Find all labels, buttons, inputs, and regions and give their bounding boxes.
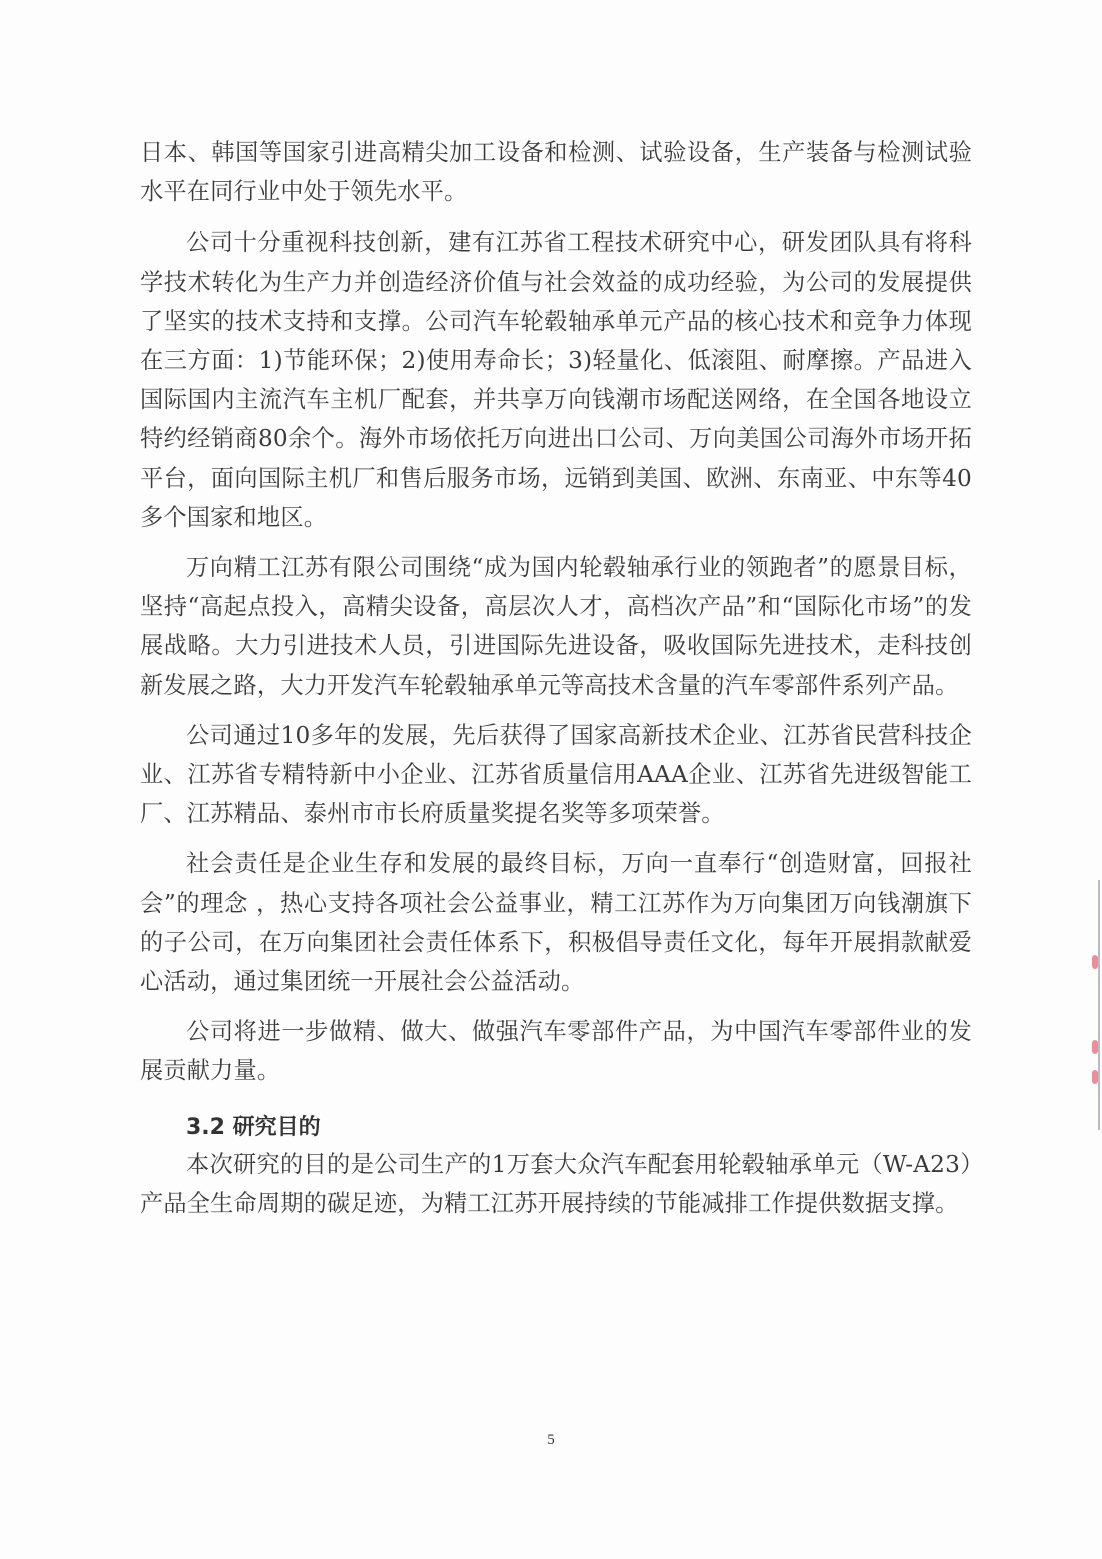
binding-edge-line: [1098, 880, 1100, 1130]
seal-mark: [1092, 1040, 1098, 1054]
paragraph-outlook: 公司将进一步做精、做大、做强汽车零部件产品，为中国汽车零部件业的发展贡献力量。: [140, 1012, 972, 1090]
paragraph-honors: 公司通过10多年的发展，先后获得了国家高新技术企业、江苏省民营科技企业、江苏省专…: [140, 716, 972, 834]
document-page: 日本、韩国等国家引进高精尖加工设备和检测、试验设备，生产装备与检测试验水平在同行…: [0, 0, 1102, 1559]
seal-mark: [1092, 1070, 1098, 1084]
paragraph-research-purpose: 本次研究的目的是公司生产的1万套大众汽车配套用轮毂轴承单元（W-A23）产品全生…: [140, 1145, 972, 1223]
page-body: 日本、韩国等国家引进高精尖加工设备和检测、试验设备，生产装备与检测试验水平在同行…: [140, 133, 972, 1234]
paragraph-vision: 万向精工江苏有限公司围绕“成为国内轮毂轴承行业的领跑者”的愿景目标，坚持“高起点…: [140, 548, 972, 705]
section-heading: 3.2 研究目的: [186, 1111, 972, 1145]
paragraph-innovation: 公司十分重视科技创新，建有江苏省工程技术研究中心，研发团队具有将科学技术转化为生…: [140, 223, 972, 537]
paragraph-responsibility: 社会责任是企业生存和发展的最终目标，万向一直奉行“创造财富，回报社会”的理念 ，…: [140, 844, 972, 1001]
page-number: 5: [0, 1432, 1102, 1449]
seal-mark: [1092, 955, 1098, 969]
paragraph-continuation: 日本、韩国等国家引进高精尖加工设备和检测、试验设备，生产装备与检测试验水平在同行…: [140, 133, 972, 211]
